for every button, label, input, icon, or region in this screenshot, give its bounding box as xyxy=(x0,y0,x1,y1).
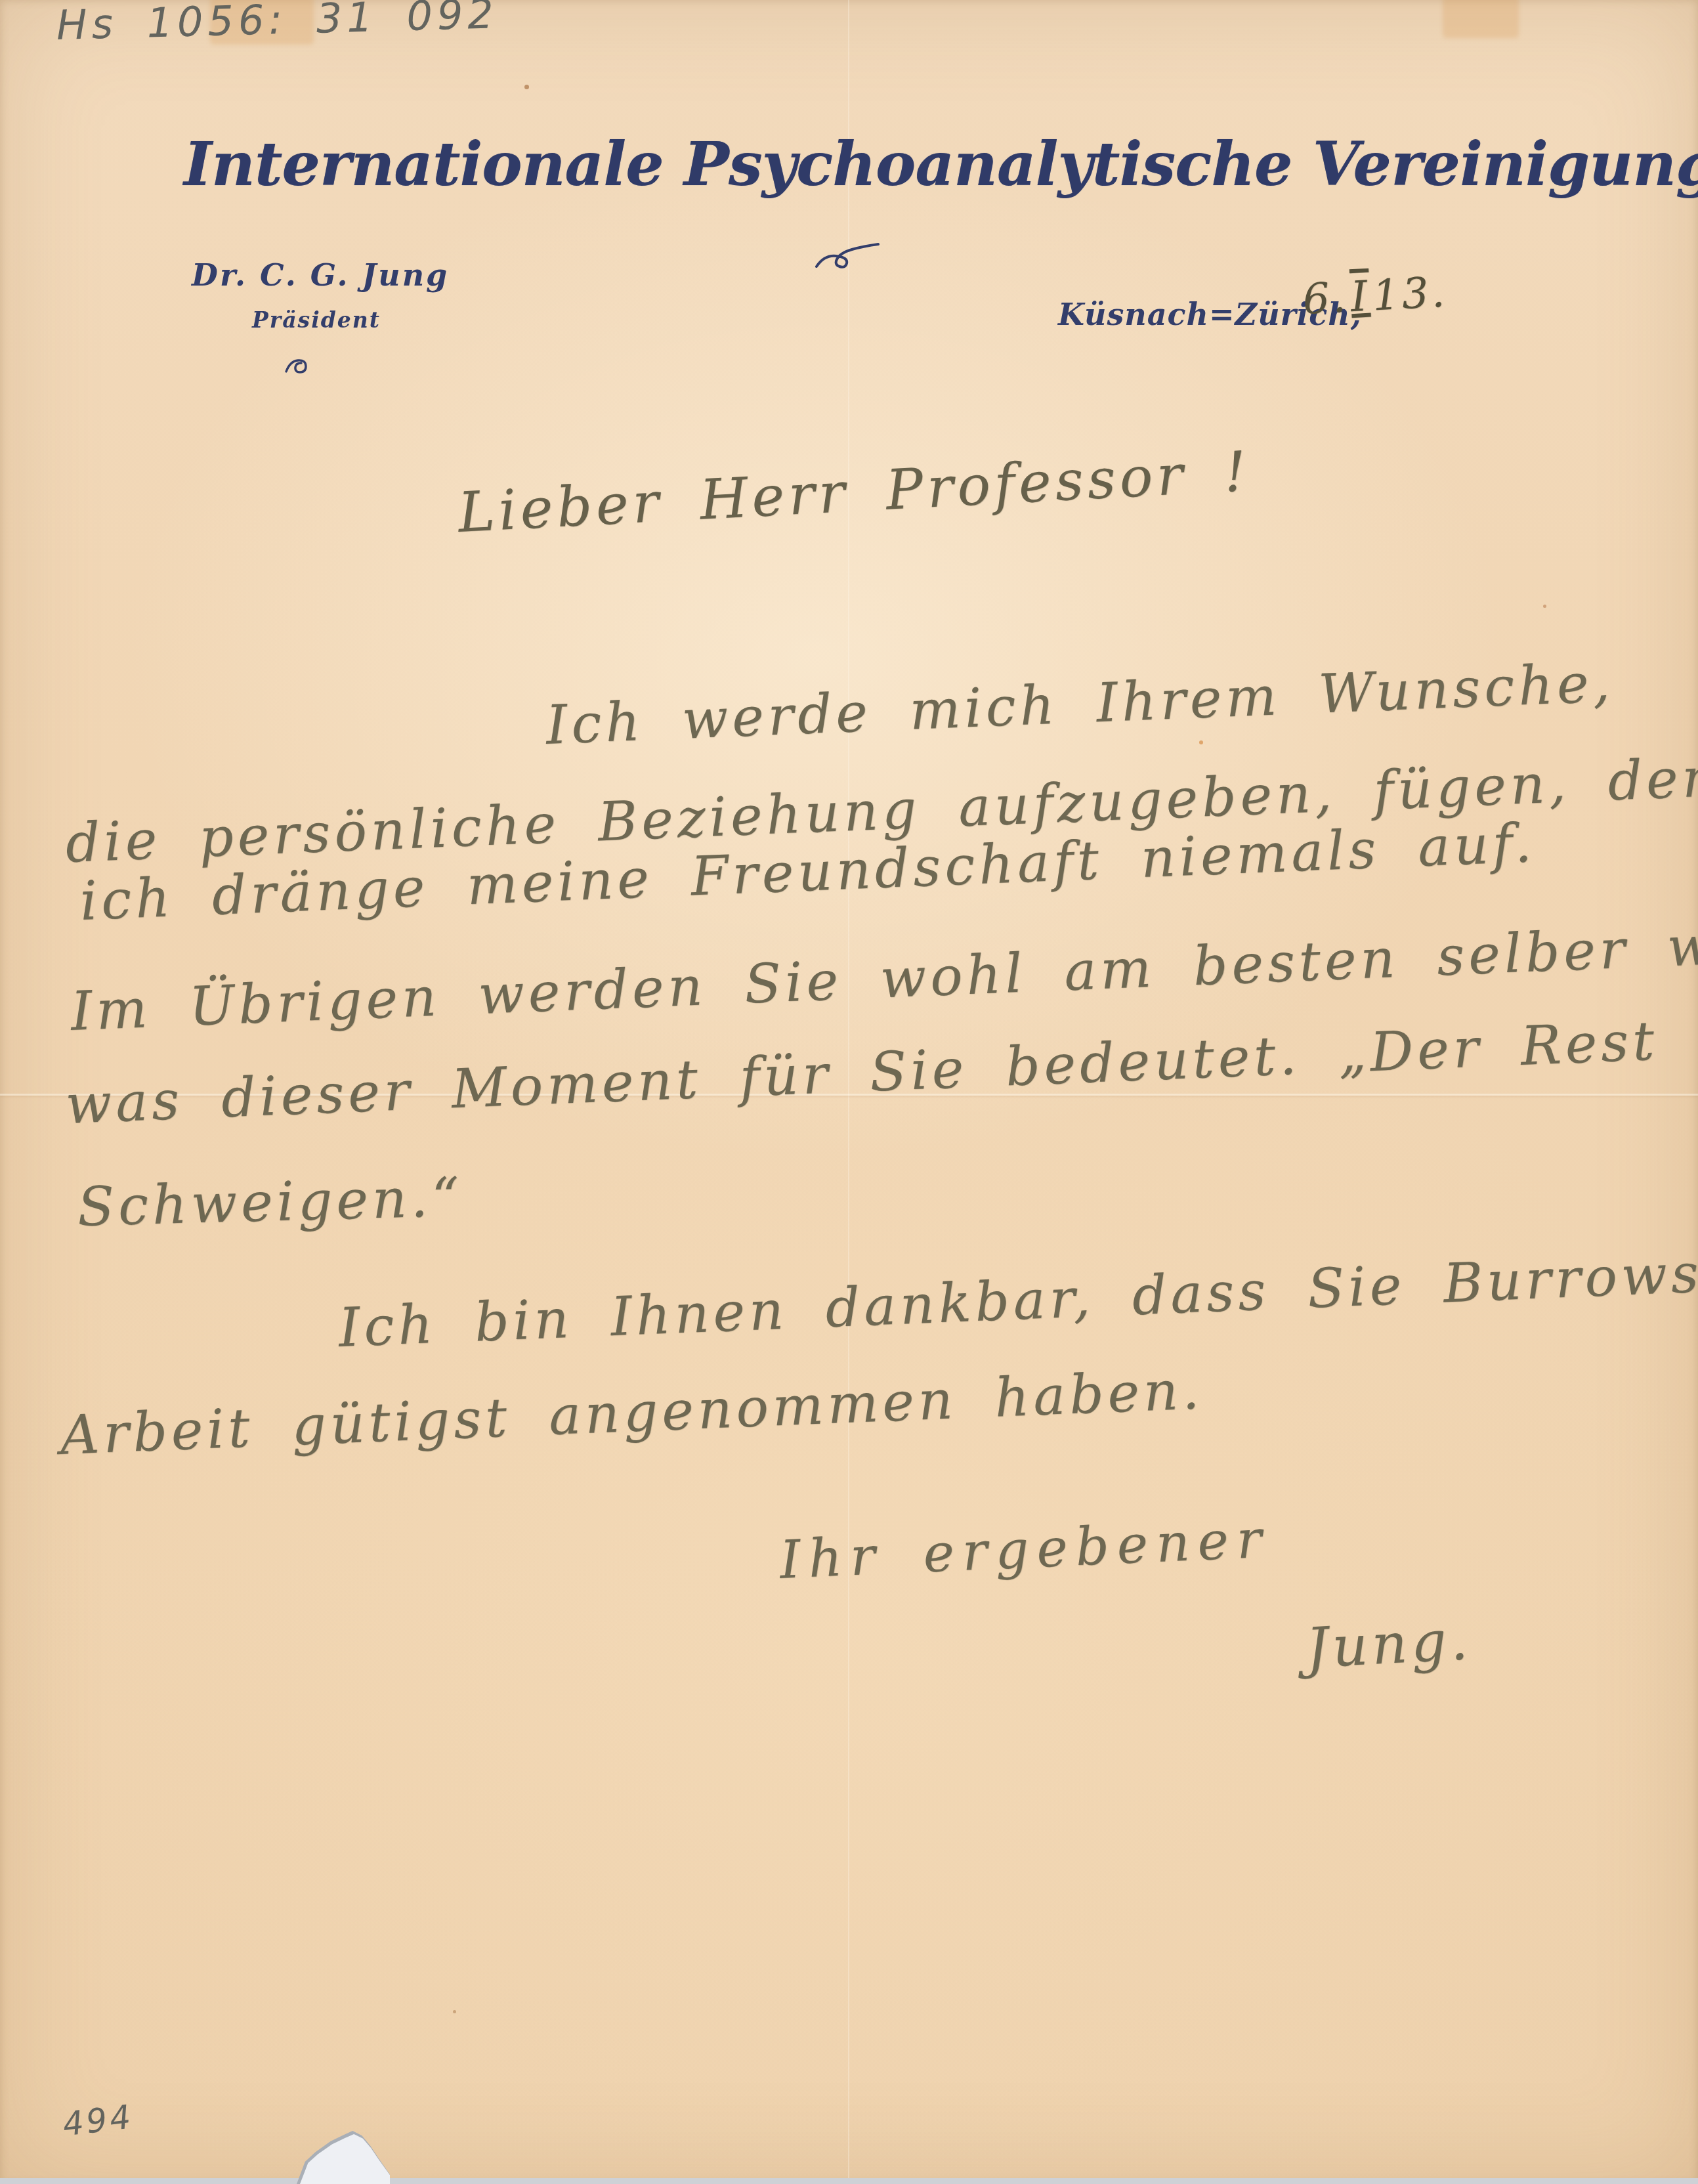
paper-speck xyxy=(524,85,529,89)
tape-stain xyxy=(1443,0,1519,38)
paper-speck xyxy=(453,2010,456,2013)
torn-paper-patch-inner xyxy=(300,2134,390,2184)
body-line: Ich bin Ihnen dankbar, dass Sie Burrows xyxy=(337,1243,1698,1360)
scan-edge xyxy=(0,2178,1698,2184)
date-year: 13. xyxy=(1371,268,1448,321)
swirl-flourish-icon xyxy=(814,242,882,272)
paper-speck xyxy=(1543,605,1546,608)
signature: Jung. xyxy=(1304,1608,1473,1681)
body-line: Arbeit gütigst angenommen haben. xyxy=(59,1359,1204,1467)
closing-line: Ihr ergebener xyxy=(778,1508,1271,1590)
sender-title: Präsident xyxy=(252,307,381,333)
body-line: Ich werde mich Ihrem Wunsche, xyxy=(545,652,1615,757)
salutation: Lieber Herr Professor ! xyxy=(456,439,1252,545)
date-day: 6. xyxy=(1302,273,1349,324)
date-month-numeral: I xyxy=(1347,272,1374,322)
body-line: Schweigen.“ xyxy=(77,1167,464,1239)
archive-number-annotation: Hs 1056: 31 092 xyxy=(56,0,499,49)
sender-name: Dr. C. G. Jung xyxy=(192,257,449,293)
torn-paper-patch xyxy=(297,2131,390,2184)
paper-speck xyxy=(1199,740,1203,744)
letterhead-organization: Internationale Psychoanalytische Vereini… xyxy=(184,129,1529,200)
handwritten-date: 6.I13. xyxy=(1302,268,1449,324)
letter-scan-page: Hs 1056: 31 092 Internationale Psychoana… xyxy=(0,0,1698,2184)
page-number-annotation: 494 xyxy=(60,2097,135,2144)
spiral-flourish-icon xyxy=(284,354,311,377)
